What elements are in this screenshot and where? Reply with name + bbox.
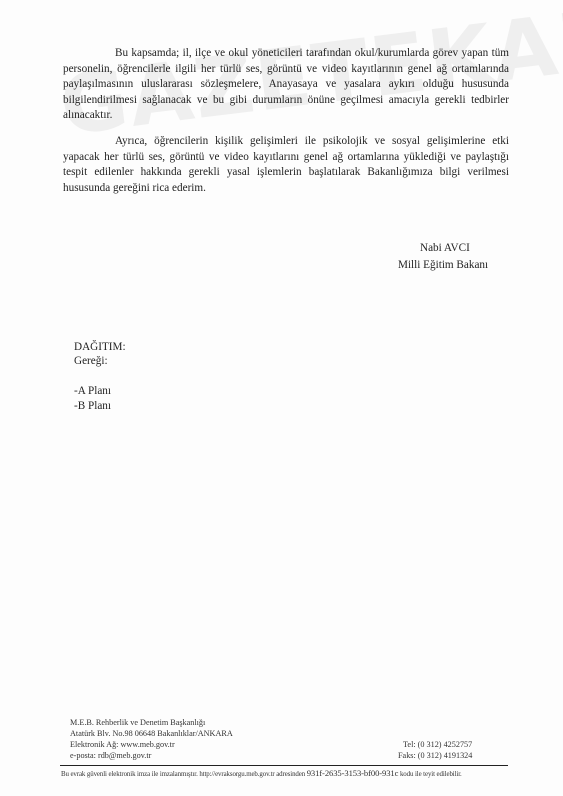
distribution-subheading: Gereği: — [74, 354, 108, 369]
footer-website: Elektronik Ağ: www.meb.gov.tr — [70, 740, 175, 751]
document-page: GAZETEKAMU Bu kapsamda; il, ilçe ve okul… — [0, 0, 563, 796]
distribution-heading: DAĞITIM: — [74, 340, 126, 355]
paragraph-1-text: Bu kapsamda; il, ilçe ve okul yöneticile… — [63, 47, 509, 121]
signatory-title: Milli Eğitim Bakanı — [398, 257, 488, 273]
distribution-item: -B Planı — [74, 399, 111, 414]
footer-address: Atatürk Blv. No.98 06648 Bakanlıklar/ANK… — [70, 729, 233, 740]
paragraph-2-text: Ayrıca, öğrencilerin kişilik gelişimleri… — [63, 135, 509, 194]
footer-telephone: Tel: (0 312) 4252757 — [403, 740, 472, 751]
distribution-item: -A Planı — [74, 384, 111, 399]
verification-code: 931f-2635-3153-bf00-931c — [307, 768, 399, 778]
verification-note: Bu evrak güvenli elektronik imza ile imz… — [61, 768, 462, 778]
footer-fax: Faks: (0 312) 4191324 — [398, 751, 472, 762]
signatory-name: Nabi AVCI — [420, 240, 470, 256]
body-paragraph-1: Bu kapsamda; il, ilçe ve okul yöneticile… — [63, 46, 509, 124]
body-paragraph-2: Ayrıca, öğrencilerin kişilik gelişimleri… — [63, 134, 509, 196]
verification-suffix: kodu ile teyit edilebilir. — [398, 771, 461, 778]
verification-prefix: Bu evrak güvenli elektronik imza ile imz… — [61, 771, 307, 778]
footer-department: M.E.B. Rehberlik ve Denetim Başkanlığı — [70, 718, 205, 729]
footer-divider — [60, 765, 508, 766]
footer-email: e-posta: rdb@meb.gov.tr — [70, 751, 151, 762]
